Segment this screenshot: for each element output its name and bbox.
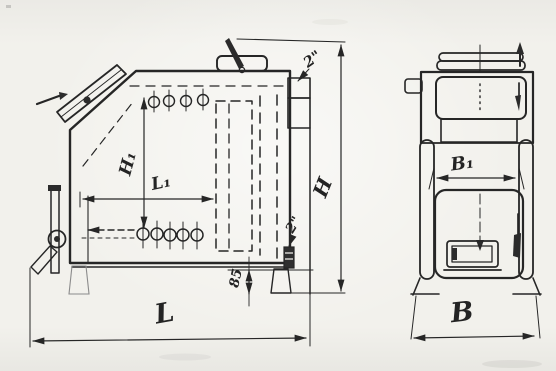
dimension-85: 85: [226, 257, 313, 306]
callout-2in-top-leader: [298, 69, 309, 81]
dim-B1-label: B₁: [448, 152, 475, 176]
flue-fitting-top: [288, 78, 310, 98]
shaker-pivot-pin: [54, 236, 60, 242]
dim-B-ext-left: [411, 296, 416, 339]
dimensions: H H₁ L₁ 85 L 2": [30, 39, 540, 347]
front-cap-handle-tip: [516, 42, 524, 54]
boiler-two-view-sketch: H H₁ L₁ 85 L 2": [0, 0, 556, 371]
dim-85-label: 85: [226, 267, 246, 289]
dim-B-ext-right: [536, 296, 540, 338]
hopper-latch-knob: [83, 96, 90, 103]
front-right-leg: [519, 140, 533, 279]
front-upper-door-handle-tip: [515, 95, 521, 111]
side-view-right-leg: [271, 269, 291, 293]
dim-B-line: [414, 336, 534, 338]
dimension-L: L: [30, 268, 310, 347]
front-firebox-door: [435, 190, 523, 278]
front-left-foot: [411, 278, 439, 295]
shaker-lever-handle: [31, 246, 57, 274]
callout-2in-bottom-label: 2": [282, 214, 305, 237]
dimension-B: B: [411, 296, 540, 339]
dim-L1-label: L₁: [148, 171, 172, 195]
baffle-dashed-rect: [216, 101, 252, 251]
callout-2in-bottom: 2": [282, 214, 305, 246]
callout-2in-top-label: 2": [299, 47, 324, 72]
side-view: [31, 38, 310, 294]
drain-fitting-bottom: [284, 247, 294, 268]
side-view-left-leg: [69, 266, 89, 294]
front-cap-lower-bar: [437, 61, 525, 70]
front-left-stub: [405, 79, 422, 93]
front-right-foot: [513, 278, 541, 295]
grate-circles: [137, 221, 203, 249]
dimension-H1: H₁: [115, 98, 144, 228]
front-upper-door: [436, 77, 526, 119]
dim-L-line: [33, 338, 306, 341]
dim-H-label: H: [307, 173, 337, 201]
front-air-vent-slider: [452, 248, 457, 260]
dim-B-label: B: [448, 296, 475, 329]
scanned-technical-drawing: H H₁ L₁ 85 L 2": [0, 0, 556, 371]
hopper-handle-tip: [59, 92, 68, 100]
front-air-vent-slot: [452, 246, 492, 262]
dim-L-label: L: [151, 297, 176, 331]
dimension-B1: B₁: [437, 152, 515, 178]
callout-2in-top: 2": [298, 47, 325, 81]
hopper-door-handle: [37, 96, 59, 104]
front-cap-upper-bar: [439, 53, 523, 61]
front-left-leg: [420, 140, 434, 279]
dim-H-ext-top: [237, 39, 345, 42]
dimension-L1: L₁: [80, 171, 213, 207]
lid-handle: [225, 38, 244, 69]
flue-collar: [288, 98, 310, 128]
front-firebox-handle-knob: [513, 233, 521, 258]
dim-H1-label: H₁: [115, 150, 141, 179]
shaker-bar-cap: [48, 185, 61, 191]
front-lower-band: [441, 119, 517, 142]
top-tube-ends: [149, 89, 209, 112]
